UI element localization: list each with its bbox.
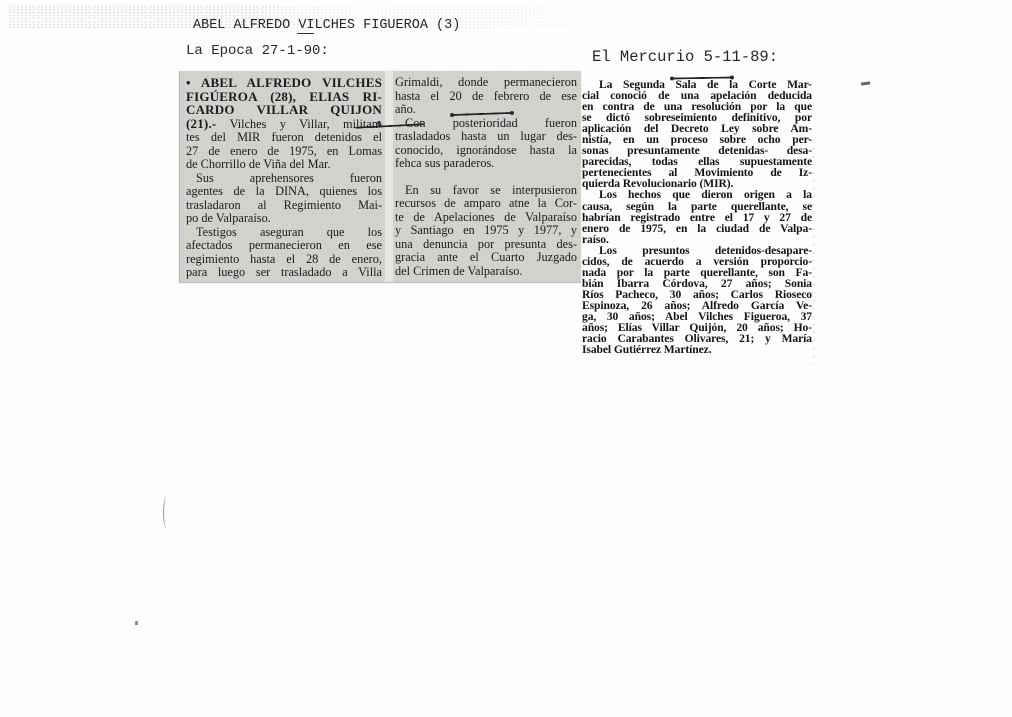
text-line: fehca sus paraderos.: [395, 157, 577, 171]
torn-edge-specks: [812, 140, 815, 365]
text-line: enero de 1975, en la ciudad de Valpa-: [582, 223, 812, 234]
column-gutter: [385, 71, 393, 282]
el-mercurio-source-heading: El Mercurio 5-11-89:: [592, 48, 778, 66]
text-line: afectados permanecieron en ese: [186, 239, 382, 253]
text-line: causa, según la parte querellante, se: [582, 201, 812, 212]
title-underline-mark: [297, 33, 314, 34]
text-line: agentes de la DINA, quienes los: [186, 185, 382, 199]
text-line: y Santiago en 1975 y 1977, y: [395, 224, 577, 238]
text-line: En su favor se interpusieron: [395, 184, 577, 198]
mercurio-article-body: La Segunda Sala de la Corte Mar-cial con…: [582, 79, 812, 355]
text-line: po de Valparaíso.: [186, 212, 382, 226]
text-line: habrían registrado entre el 17 y 27 de: [582, 212, 812, 223]
epoca-column2-paragraph-2: En su favor se interpusieronrecursos de …: [395, 184, 577, 279]
text-line: regimiento hasta el 28 de enero,: [186, 253, 382, 267]
epoca-column-2: Grimaldi, donde permanecieronhasta el 20…: [395, 76, 577, 278]
epoca-column-1: • ABEL ALFREDO VILCHESFIGÚEROA (28), ELI…: [186, 76, 382, 280]
text-line: Grimaldi, donde permanecieron: [395, 76, 577, 90]
text-line: • ABEL ALFREDO VILCHES: [186, 76, 382, 90]
text-line: CARDO VILLAR QUIJON: [186, 103, 382, 117]
text-line: FIGÚEROA (28), ELIAS RI-: [186, 90, 382, 104]
page-title: ABEL ALFREDO VILCHES FIGUEROA (3): [193, 18, 460, 33]
text-line: conocido, ignorándose hasta la: [395, 144, 577, 158]
text-line: del Crimen de Valparaíso.: [395, 265, 577, 279]
text-line: Isabel Gutiérrez Martínez.: [582, 344, 812, 355]
text-line: trasladaron al Regimiento Mai-: [186, 199, 382, 213]
text-line: (21).- Vilches y Villar, militan-: [186, 117, 382, 132]
text-line: trasladados hasta un lugar des-: [395, 130, 577, 144]
pen-dash-mark: [861, 81, 870, 85]
pen-paren-mark: [163, 496, 171, 529]
scanned-document-page: ABEL ALFREDO VILCHES FIGUEROA (3) La Epo…: [0, 0, 1012, 717]
text-line: tes del MIR fueron detenidos el: [186, 131, 382, 145]
scan-speck: [135, 621, 138, 625]
bold-lead-text: (21).-: [186, 116, 216, 131]
text-line: de Chorrillo de Viña del Mar.: [186, 158, 382, 172]
text-line: hasta el 20 de febrero de ese: [395, 90, 577, 104]
text-line: una denuncia por presunta des-: [395, 238, 577, 252]
text-line: Testigos aseguran que los: [186, 226, 382, 240]
text-line: gracia ante el Cuarto Juzgado: [395, 251, 577, 265]
la-epoca-newspaper-clipping: • ABEL ALFREDO VILCHESFIGÚEROA (28), ELI…: [179, 71, 581, 283]
text-line: Los hechos que dieron origen a la: [582, 189, 812, 200]
la-epoca-source-heading: La Epoca 27-1-90:: [186, 43, 329, 59]
text-line: 27 de enero de 1975, en Lomas: [186, 145, 382, 159]
text-line: recursos de amparo atne la Cor-: [395, 197, 577, 211]
pen-dot-mark: [377, 121, 381, 125]
text-line: Sus aprehensores fueron: [186, 172, 382, 186]
text-line: para luego ser trasladado a Villa: [186, 266, 382, 280]
text-line: te de Apelaciones de Valparaíso: [395, 211, 577, 225]
